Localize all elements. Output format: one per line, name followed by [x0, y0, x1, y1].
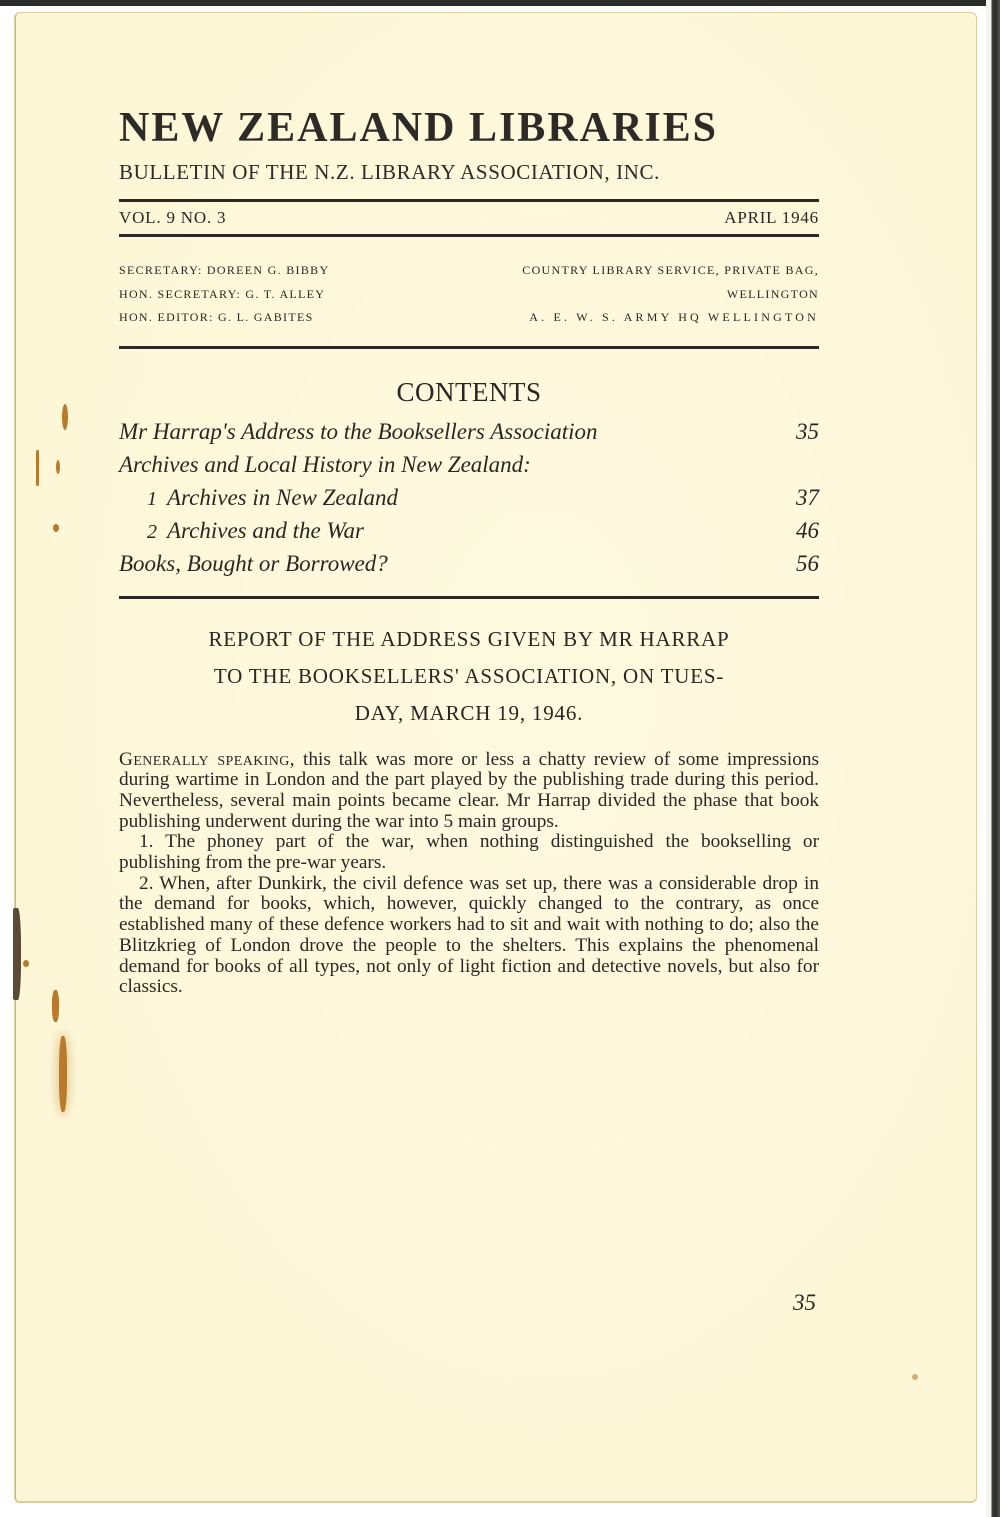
staff-roles: SECRETARY: DOREEN G. BIBBY HON. SECRETAR… [119, 259, 329, 330]
stain-mark [912, 1374, 918, 1380]
address-line: A. E. W. S. ARMY HQ WELLINGTON [522, 306, 819, 330]
stain-mark [36, 450, 39, 486]
stain-mark [56, 460, 60, 474]
toc-entry-number: 1 [147, 488, 157, 510]
toc-entry-number: 2 [147, 521, 157, 543]
journal-subtitle: BULLETIN OF THE N.Z. LIBRARY ASSOCIATION… [119, 160, 819, 185]
journal-title: NEW ZEALAND LIBRARIES [119, 100, 819, 156]
address-line: WELLINGTON [522, 283, 819, 307]
article-heading-line: DAY, MARCH 19, 1946. [119, 695, 819, 732]
stain-mark [59, 1036, 67, 1112]
article-paragraph: 2. When, after Dunkirk, the civil defenc… [119, 874, 819, 998]
issue-date: APRIL 1946 [724, 208, 819, 228]
article-body: Generally speaking, this talk was more o… [119, 750, 819, 998]
article-heading-line: TO THE BOOKSELLERS' ASSOCIATION, ON TUES… [119, 658, 819, 695]
article-heading: REPORT OF THE ADDRESS GIVEN BY MR HARRAP… [119, 621, 819, 732]
toc-entry[interactable]: Books, Bought or Borrowed? 56 [119, 547, 819, 580]
toc-entry-title: Books, Bought or Borrowed? [119, 547, 388, 580]
table-of-contents: Mr Harrap's Address to the Booksellers A… [119, 415, 819, 580]
lead-in-smallcaps: Generally speaking, [119, 749, 295, 770]
toc-entry-page: 56 [796, 547, 819, 580]
article-heading-line: REPORT OF THE ADDRESS GIVEN BY MR HARRAP [119, 621, 819, 658]
toc-entry-page: 37 [796, 481, 819, 514]
staff-addresses: COUNTRY LIBRARY SERVICE, PRIVATE BAG, WE… [522, 259, 819, 330]
toc-entry-title: 2Archives and the War [119, 514, 364, 547]
toc-entry[interactable]: 2Archives and the War 46 [119, 514, 819, 547]
article-paragraph: 1. The phoney part of the war, when noth… [119, 832, 819, 873]
stain-mark [62, 404, 68, 430]
issue-info-row: VOL. 9 NO. 3 APRIL 1946 [119, 202, 819, 234]
toc-entry-title: Mr Harrap's Address to the Booksellers A… [119, 415, 598, 448]
horizontal-rule [119, 234, 819, 237]
article-paragraph: Generally speaking, this talk was more o… [119, 750, 819, 833]
staff-hon-editor: HON. EDITOR: G. L. GABITES [119, 306, 329, 330]
toc-entry[interactable]: Archives and Local History in New Zealan… [119, 448, 819, 481]
horizontal-rule [119, 346, 819, 349]
stain-mark [23, 960, 29, 967]
stain-mark [13, 908, 21, 1000]
scanner-frame-top [0, 0, 1000, 6]
page-number: 35 [793, 1290, 816, 1316]
contents-heading: CONTENTS [119, 375, 819, 409]
staff-block: SECRETARY: DOREEN G. BIBBY HON. SECRETAR… [119, 259, 819, 330]
toc-entry-title: Archives and Local History in New Zealan… [119, 448, 531, 481]
address-line: COUNTRY LIBRARY SERVICE, PRIVATE BAG, [522, 259, 819, 283]
scanner-frame-right [986, 0, 1000, 1517]
staff-hon-secretary: HON. SECRETARY: G. T. ALLEY [119, 283, 329, 307]
toc-entry-title: 1Archives in New Zealand [119, 481, 398, 514]
toc-entry[interactable]: 1Archives in New Zealand 37 [119, 481, 819, 514]
toc-entry[interactable]: Mr Harrap's Address to the Booksellers A… [119, 415, 819, 448]
toc-entry-page: 35 [796, 415, 819, 448]
toc-entry-page: 46 [796, 514, 819, 547]
volume-number: VOL. 9 NO. 3 [119, 208, 226, 228]
stain-mark [53, 524, 59, 532]
stain-mark [52, 990, 59, 1022]
horizontal-rule [119, 596, 819, 599]
staff-secretary: SECRETARY: DOREEN G. BIBBY [119, 259, 329, 283]
page-content: NEW ZEALAND LIBRARIES BULLETIN OF THE N.… [119, 100, 819, 998]
